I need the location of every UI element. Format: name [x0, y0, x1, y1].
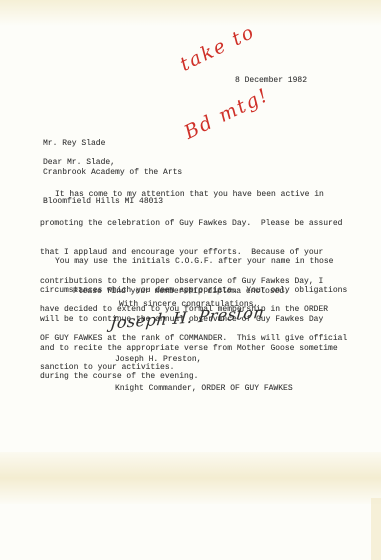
paper-edge-tint-right: [371, 498, 381, 560]
salutation: Dear Mr. Slade,: [43, 158, 115, 168]
paragraph-line: promoting the celebration of Guy Fawkes …: [40, 219, 347, 229]
recipient-name: Mr. Rey Slade: [43, 139, 182, 149]
date-line: 8 December 1982: [235, 76, 307, 86]
signer-title-line: Knight Commander, ORDER OF GUY FAWKES: [115, 384, 293, 394]
paper-edge-tint-bottom: [0, 452, 381, 504]
annotation-line-1: take to: [177, 21, 259, 75]
letter-page: take to Bd mtg! 8 December 1982 Mr. Rey …: [0, 0, 381, 560]
paragraph-line: It has come to my attention that you hav…: [40, 190, 347, 200]
enclosure-line: Please find your membership diploma encl…: [73, 287, 289, 297]
signer-name-line: Joseph H. Preston,: [115, 355, 293, 365]
paragraph-line: You may use the initials C.O.G.F. after …: [40, 257, 347, 267]
annotation-line-2: Bd mtg!: [181, 78, 286, 144]
signature-block: Joseph H. Preston, Knight Commander, ORD…: [115, 336, 293, 413]
